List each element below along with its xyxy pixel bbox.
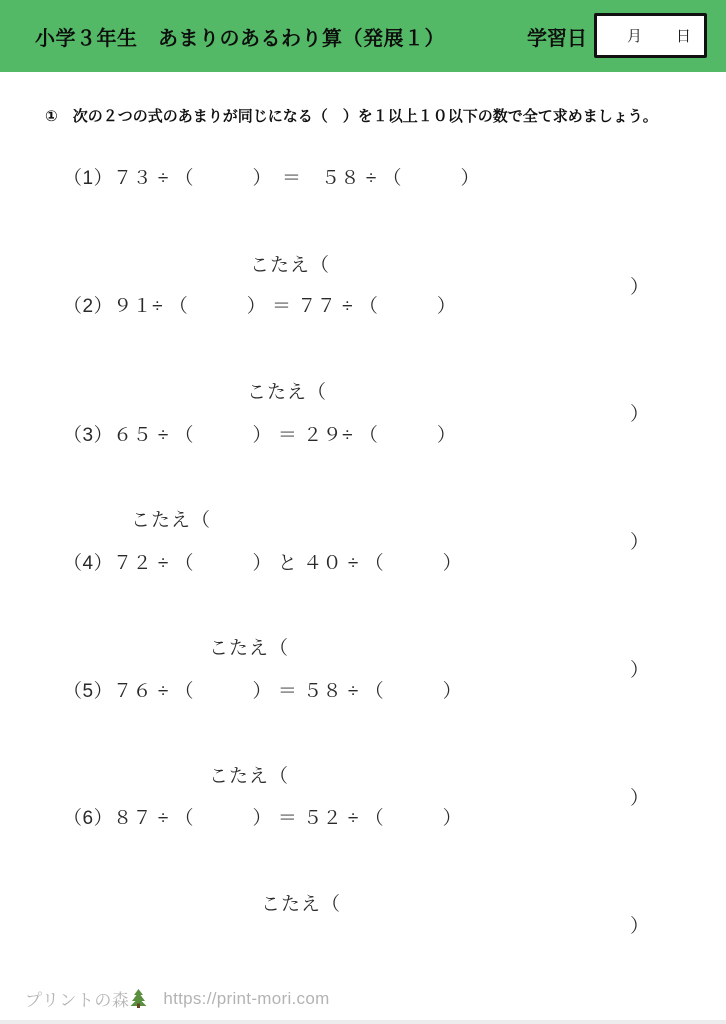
answer-row: こたえ（ ）: [0, 867, 726, 955]
equation-text: （3）６５ ÷ （ ） ＝ ２９÷ （ ）: [63, 420, 456, 447]
equation-text: （1）７３ ÷ （ ） ＝ ５８ ÷ （ ）: [63, 163, 480, 190]
equation-text: （2）９１÷ （ ） ＝ ７７ ÷ （ ）: [63, 291, 456, 318]
answer-close-paren: ）: [630, 655, 649, 682]
equation-text: （6）８７ ÷ （ ） ＝ ５２ ÷ （ ）: [63, 803, 462, 830]
answer-close-paren: ）: [630, 527, 649, 554]
instruction-text: ① 次の２つの式のあまりが同じになる（ ）を１以上１０以下の数で全て求めましょう…: [45, 105, 658, 126]
page-title: 小学３年生 あまりのあるわり算（発展１）: [35, 0, 445, 72]
site-url: https://print-mori.com: [163, 989, 329, 1009]
answer-label: こたえ（: [261, 889, 341, 916]
site-logo-text: プリントの森: [25, 986, 129, 1011]
answer-label: こたえ（: [209, 633, 289, 660]
answer-label: こたえ（: [250, 250, 330, 277]
month-label: 月: [627, 25, 642, 46]
header-bar: 小学３年生 あまりのあるわり算（発展１） 学習日 月 日: [0, 0, 726, 72]
answer-close-paren: ）: [630, 272, 649, 299]
equation-text: （5）７６ ÷ （ ） ＝ ５８ ÷ （ ）: [63, 676, 462, 703]
equation-text: （4）７２ ÷ （ ） と ４０ ÷ （ ）: [63, 548, 462, 575]
answer-close-paren: ）: [630, 911, 649, 938]
answer-label: こたえ（: [131, 505, 211, 532]
answer-label: こたえ（: [209, 761, 289, 788]
study-date-label: 学習日: [527, 0, 587, 72]
date-box: 月 日: [594, 13, 707, 58]
page-bottom-edge: [0, 1020, 726, 1024]
worksheet-page: 小学３年生 あまりのあるわり算（発展１） 学習日 月 日 ① 次の２つの式のあま…: [0, 0, 726, 1024]
day-label: 日: [676, 25, 691, 46]
answer-label: こたえ（: [247, 377, 327, 404]
answer-close-paren: ）: [630, 399, 649, 426]
evergreen-tree-icon: [130, 989, 147, 1008]
answer-close-paren: ）: [630, 783, 649, 810]
footer: プリントの森 https://print-mori.com: [25, 986, 330, 1011]
